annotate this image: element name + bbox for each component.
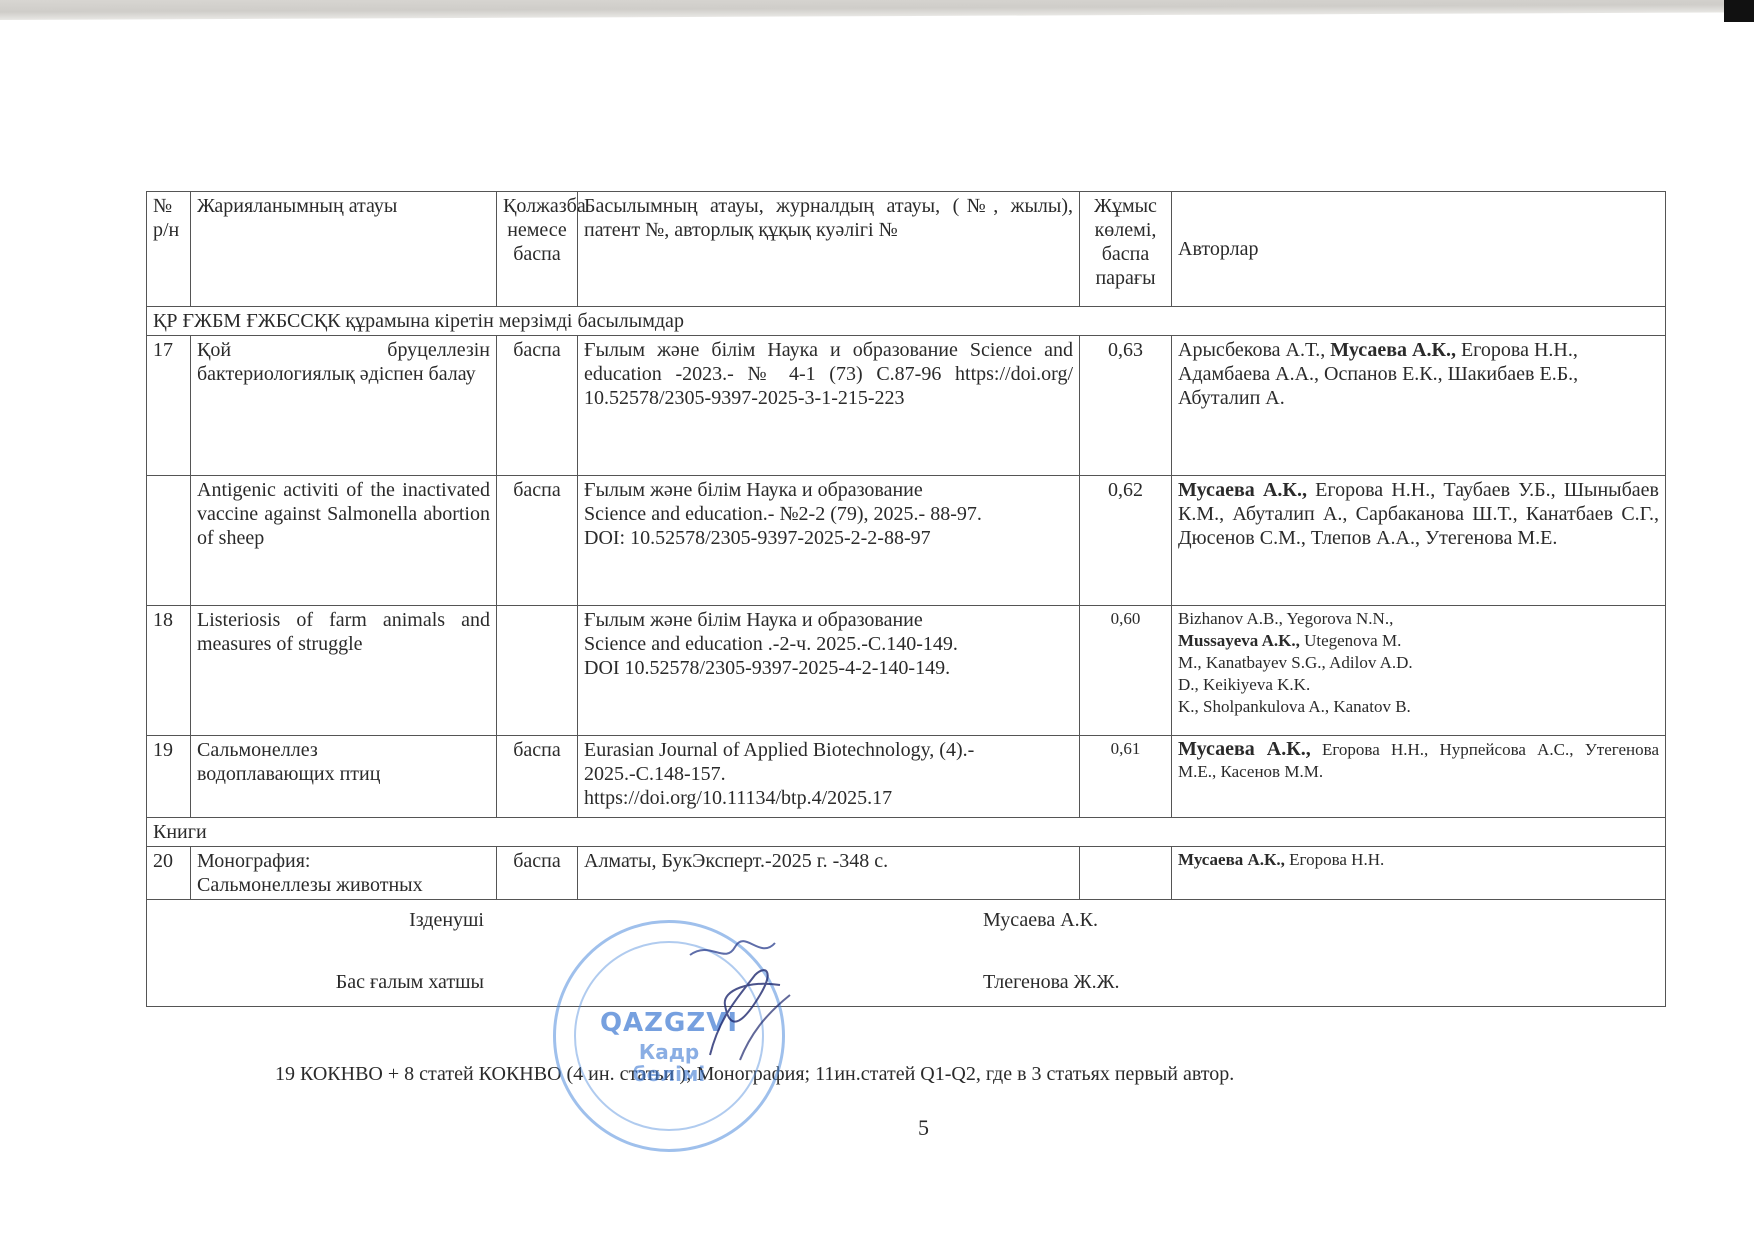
header-type-label: Қолжазба немесе баспа <box>503 195 586 265</box>
header-authors: Авторлар <box>1172 192 1666 307</box>
summary-text: 19 КОКНВО + 8 статей КОКНВО (4 ин. стать… <box>275 1063 1234 1086</box>
row-type: баспа <box>497 336 578 476</box>
row-title: Монография: Сальмонеллезы животных <box>191 847 497 900</box>
table-row: 17 Қой бруцеллезін бактериологиялық әдіс… <box>147 336 1666 476</box>
row-publication: Ғылым және білім Наука и образование Sci… <box>578 476 1080 606</box>
row-volume: 0,60 <box>1080 606 1172 736</box>
table-row: Antigenic activiti of the inactivated va… <box>147 476 1666 606</box>
row-num: 19 <box>147 736 191 818</box>
row-publication: Ғылым және білім Наука и образование Sci… <box>578 336 1080 476</box>
author-line: K., Sholpankulova A., Kanatov B. <box>1178 696 1659 718</box>
author-highlight: Мусаева А.К., <box>1178 738 1311 760</box>
row-volume: 0,61 <box>1080 736 1172 818</box>
row-title: Listeriosis of farm animals and measures… <box>191 606 497 736</box>
row-type <box>497 606 578 736</box>
author-line: D., Keikiyeva K.K. <box>1178 674 1659 696</box>
section-periodicals: ҚР ҒЖБМ ҒЖБССҚК құрамына кіретін мерзімд… <box>147 307 1666 336</box>
row-type: баспа <box>497 476 578 606</box>
publication-doi: DOI 10.52578/2305-9397-2025-4-2-140-149. <box>584 656 1073 680</box>
header-title: Жарияланымның атауы <box>191 192 497 307</box>
table-row: 18 Listeriosis of farm animals and measu… <box>147 606 1666 736</box>
page-number: 5 <box>918 1115 929 1141</box>
header-publication-label: Басылымның атауы, журналдың атауы, (№, ж… <box>584 195 1073 241</box>
publication-doi: DOI: 10.52578/2305-9397-2025-2-2-88-97 <box>584 526 1073 550</box>
row-title: Сальмонеллез водоплавающих птиц <box>191 736 497 818</box>
signature-cell: Ізденуші Мусаева А.К. Бас ғалым хатшы Тл… <box>147 900 1666 1007</box>
header-volume: Жұмыс көлемі, баспа парағы <box>1080 192 1172 307</box>
row-type: баспа <box>497 736 578 818</box>
author-line: Mussayeva A.K., Utegenova M. <box>1178 630 1659 652</box>
publications-table: № р/н Жарияланымның атауы Қолжазба немес… <box>146 191 1666 1007</box>
scan-edge <box>0 0 1754 20</box>
title-line: водоплавающих птиц <box>197 762 490 786</box>
secretary-name: Тлегенова Ж.Ж. <box>983 970 1120 994</box>
publication-doi: https://doi.org/10.11134/btp.4/2025.17 <box>584 786 1073 810</box>
row-authors: Bizhanov A.B., Yegorova N.N., Mussayeva … <box>1172 606 1666 736</box>
row-num <box>147 476 191 606</box>
scan-corner <box>1724 0 1754 22</box>
signature-row: Ізденуші Мусаева А.К. Бас ғалым хатшы Тл… <box>147 900 1666 1007</box>
header-volume-label: Жұмыс көлемі, баспа парағы <box>1094 195 1157 289</box>
author-line: M., Kanatbayev S.G., Adilov A.D. <box>1178 652 1659 674</box>
row-title: Қой бруцеллезін бактериологиялық әдіспен… <box>191 336 497 476</box>
author-highlight: Mussayeva A.K., <box>1178 631 1300 650</box>
row-publication: Алматы, БукЭксперт.-2025 г. -348 с. <box>578 847 1080 900</box>
author-list-post: Егорова Н.Н. <box>1289 850 1384 869</box>
publication-line: Science and education .-2-ч. 2025.-С.140… <box>584 632 1073 656</box>
row-publication: Eurasian Journal of Applied Biotechnolog… <box>578 736 1080 818</box>
stamp-sub-line: Кадр <box>556 1041 782 1063</box>
header-authors-label: Авторлар <box>1178 238 1258 260</box>
row-volume: 0,62 <box>1080 476 1172 606</box>
row-authors: Мусаева А.К., Егорова Н.Н. <box>1172 847 1666 900</box>
header-num: № р/н <box>147 192 191 307</box>
row-type: баспа <box>497 847 578 900</box>
header-type: Қолжазба немесе баспа <box>497 192 578 307</box>
row-num: 20 <box>147 847 191 900</box>
title-line: Сальмонеллезы животных <box>197 873 490 897</box>
row-num: 18 <box>147 606 191 736</box>
table-header-row: № р/н Жарияланымның атауы Қолжазба немес… <box>147 192 1666 307</box>
publication-line: Ғылым және білім Наука и образование <box>584 478 1073 502</box>
section-periodicals-title: ҚР ҒЖБМ ҒЖБССҚК құрамына кіретін мерзімд… <box>147 307 1666 336</box>
section-books: Книги <box>147 818 1666 847</box>
section-books-title: Книги <box>147 818 1666 847</box>
applicant-label: Ізденуші <box>409 908 484 932</box>
publication-line: Ғылым және білім Наука и образование <box>584 608 1073 632</box>
row-volume: 0,63 <box>1080 336 1172 476</box>
header-title-label: Жарияланымның атауы <box>197 195 397 217</box>
header-publication: Басылымның атауы, журналдың атауы, (№, ж… <box>578 192 1080 307</box>
author-highlight: Мусаева А.К., <box>1178 479 1307 501</box>
row-authors: Мусаева А.К., Егорова Н.Н., Таубаев У.Б.… <box>1172 476 1666 606</box>
applicant-name: Мусаева А.К. <box>983 908 1098 932</box>
row-title: Antigenic activiti of the inactivated va… <box>191 476 497 606</box>
title-line: Монография: <box>197 849 490 873</box>
secretary-label: Бас ғалым хатшы <box>336 970 484 994</box>
row-authors: Арысбекова А.Т., Мусаева А.К., Егорова Н… <box>1172 336 1666 476</box>
publication-line: Science and education.- №2-2 (79), 2025.… <box>584 502 1073 526</box>
author-line-rest: Utegenova M. <box>1304 631 1401 650</box>
header-num-label: № р/н <box>153 195 179 241</box>
table-row: 20 Монография: Сальмонеллезы животных ба… <box>147 847 1666 900</box>
row-publication: Ғылым және білім Наука и образование Sci… <box>578 606 1080 736</box>
author-highlight: Мусаева А.К., <box>1330 339 1456 361</box>
row-volume <box>1080 847 1172 900</box>
author-list-pre: Арысбекова А.Т., <box>1178 339 1325 361</box>
row-authors: Мусаева А.К., Егорова Н.Н., Нурпейсова А… <box>1172 736 1666 818</box>
publication-line: 2025.-С.148-157. <box>584 762 1073 786</box>
row-num: 17 <box>147 336 191 476</box>
table-row: 19 Сальмонеллез водоплавающих птиц баспа… <box>147 736 1666 818</box>
author-line: Bizhanov A.B., Yegorova N.N., <box>1178 608 1659 630</box>
signature-block: Ізденуші Мусаева А.К. Бас ғалым хатшы Тл… <box>153 902 1659 1004</box>
stamp-logo-text: QAZGZVI <box>556 1008 782 1038</box>
publication-line: Eurasian Journal of Applied Biotechnolog… <box>584 738 1073 762</box>
author-highlight: Мусаева А.К., <box>1178 850 1285 869</box>
title-line: Сальмонеллез <box>197 738 490 762</box>
